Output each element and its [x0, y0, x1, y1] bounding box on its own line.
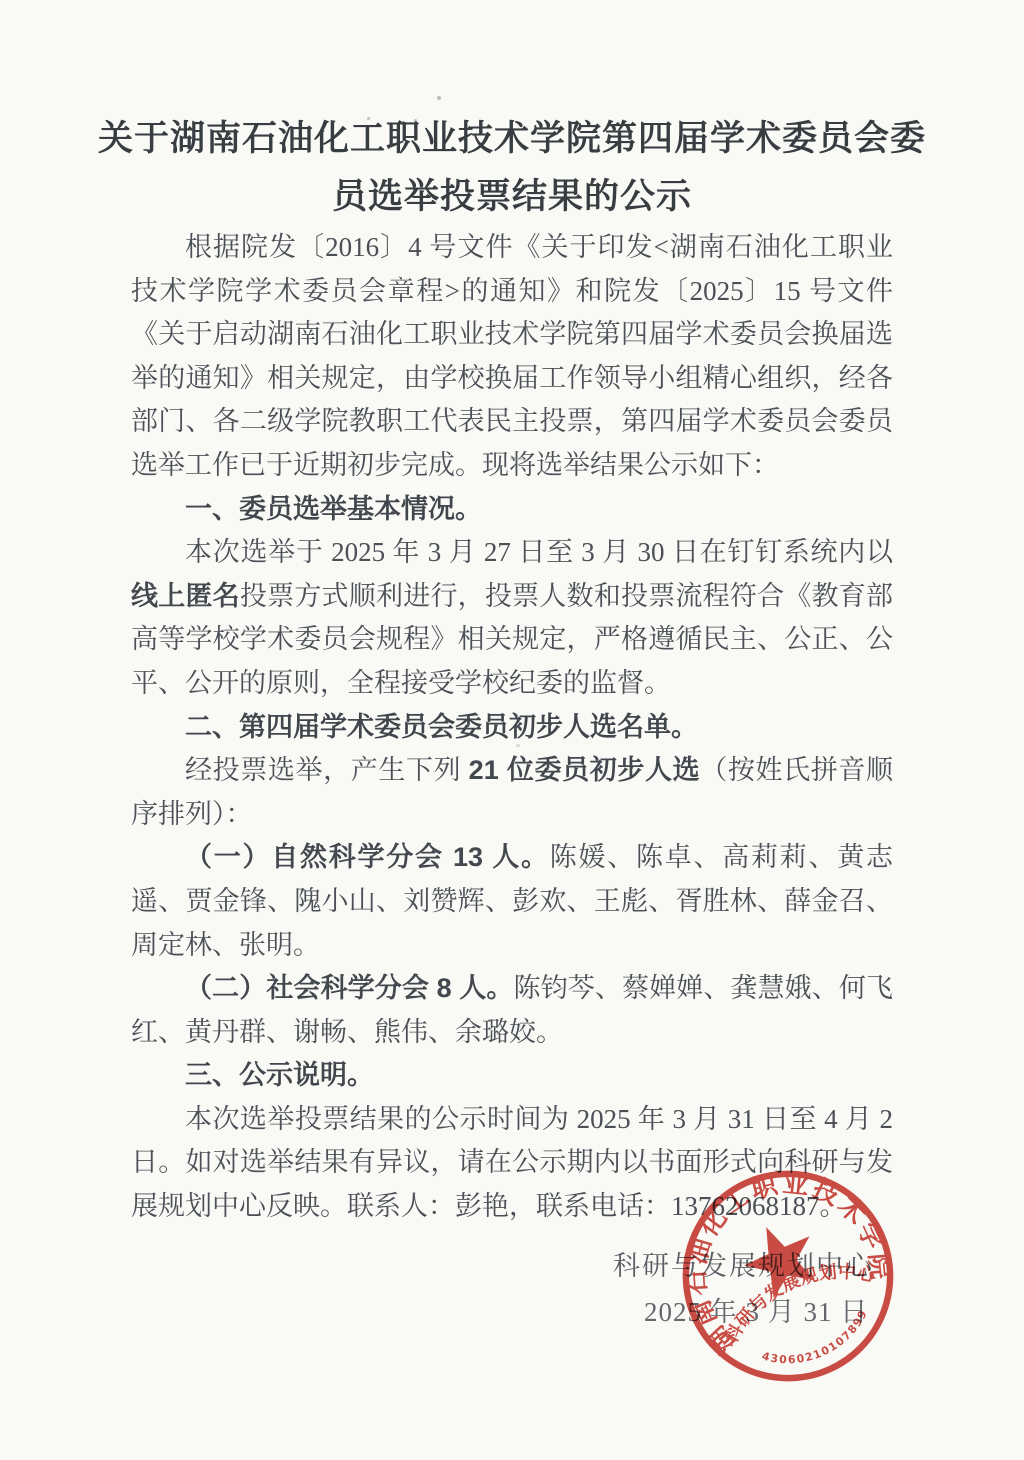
paragraph3-text-pre: 经投票选举，产生下列: [185, 755, 469, 785]
document-body: 根据院发〔2016〕4 号文件《关于印发<湖南石油化工职业技术学院学术委员会章程…: [131, 226, 893, 1229]
scan-artifact: [437, 96, 441, 100]
paragraph-candidate-intro: 经投票选举，产生下列 21 位委员初步人选（按姓氏拼音顺序排列）：: [131, 749, 893, 836]
natural-science-group-label: （一）自然科学分会 13 人。: [185, 842, 550, 872]
paragraph2-text-post: 投票方式顺利进行，投票人数和投票流程符合《教育部高等学校学术委员会规程》相关规定…: [131, 581, 893, 698]
social-science-group-label: （二）社会科学分会 8 人。: [185, 973, 514, 1003]
section-heading-2: 二、第四届学术委员会委员初步人选名单。: [131, 706, 893, 750]
paragraph-basis: 根据院发〔2016〕4 号文件《关于印发<湖南石油化工职业技术学院学术委员会章程…: [131, 226, 893, 488]
scan-artifact: [510, 457, 524, 460]
document-title-line2: 员选举投票结果的公示: [64, 168, 960, 226]
scan-artifact: [367, 117, 370, 120]
document-title-line1: 关于湖南石油化工职业技术学院第四届学术委员会委: [64, 110, 960, 168]
document-title: 关于湖南石油化工职业技术学院第四届学术委员会委 员选举投票结果的公示: [64, 110, 960, 226]
scan-artifact: [414, 119, 417, 122]
paragraph2-text-pre: 本次选举于 2025 年 3 月 27 日至 3 月 30 日在钉钉系统内以: [185, 537, 893, 567]
scan-artifact: [516, 744, 520, 747]
social-science-group: （二）社会科学分会 8 人。陈钧芩、蔡婵婵、龚慧娥、何飞红、黄丹群、谢畅、熊伟、…: [131, 967, 893, 1054]
scanned-announcement-page: 关于湖南石油化工职业技术学院第四届学术委员会委 员选举投票结果的公示 根据院发〔…: [0, 0, 1024, 1460]
paragraph2-bold-online-anonymous: 线上匿名: [131, 581, 240, 611]
paragraph3-bold-candidate-count: 21 位委员初步人选: [469, 755, 701, 785]
paragraph-election-process: 本次选举于 2025 年 3 月 27 日至 3 月 30 日在钉钉系统内以线上…: [131, 531, 893, 705]
section-heading-3: 三、公示说明。: [131, 1054, 893, 1098]
section-heading-1: 一、委员选举基本情况。: [131, 488, 893, 532]
natural-science-group: （一）自然科学分会 13 人。陈媛、陈卓、高莉莉、黄志遥、贾金锋、隗小山、刘赞辉…: [131, 836, 893, 967]
